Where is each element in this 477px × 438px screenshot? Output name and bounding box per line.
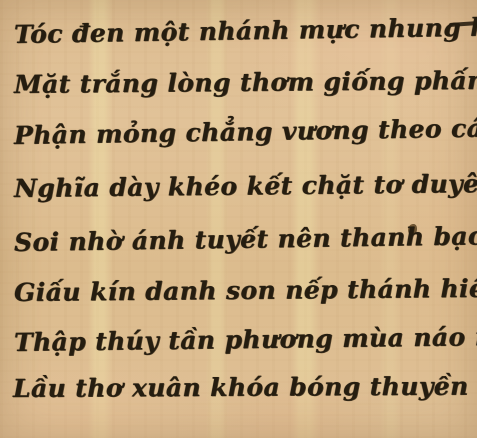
poem-line-1: Tóc đen một nhánh mực nhung huyền — [14, 11, 477, 49]
poem-line-4: Nghĩa dày khéo kết chặt tơ duyên — [14, 169, 477, 203]
poem-line-8: Lầu thơ xuân khóa bóng thuyền quyên — [13, 371, 477, 403]
poem-line-5: Soi nhờ ánh tuyết nên thanh bạch — [14, 221, 477, 257]
poem-line-6: Giấu kín danh son nếp thánh hiền — [14, 274, 477, 307]
poem-line-2: Mặt trắng lòng thơm giống phấn tiên — [14, 65, 477, 99]
scanned-paper-page: Tóc đen một nhánh mực nhung huyền Mặt tr… — [0, 0, 477, 438]
poem-line-3: Phận mỏng chẳng vương theo cánh gió — [14, 112, 477, 150]
handwritten-poem: Tóc đen một nhánh mực nhung huyền Mặt tr… — [0, 0, 477, 438]
poem-line-7: Thập thúy tần phương mùa náo nức — [14, 322, 477, 357]
